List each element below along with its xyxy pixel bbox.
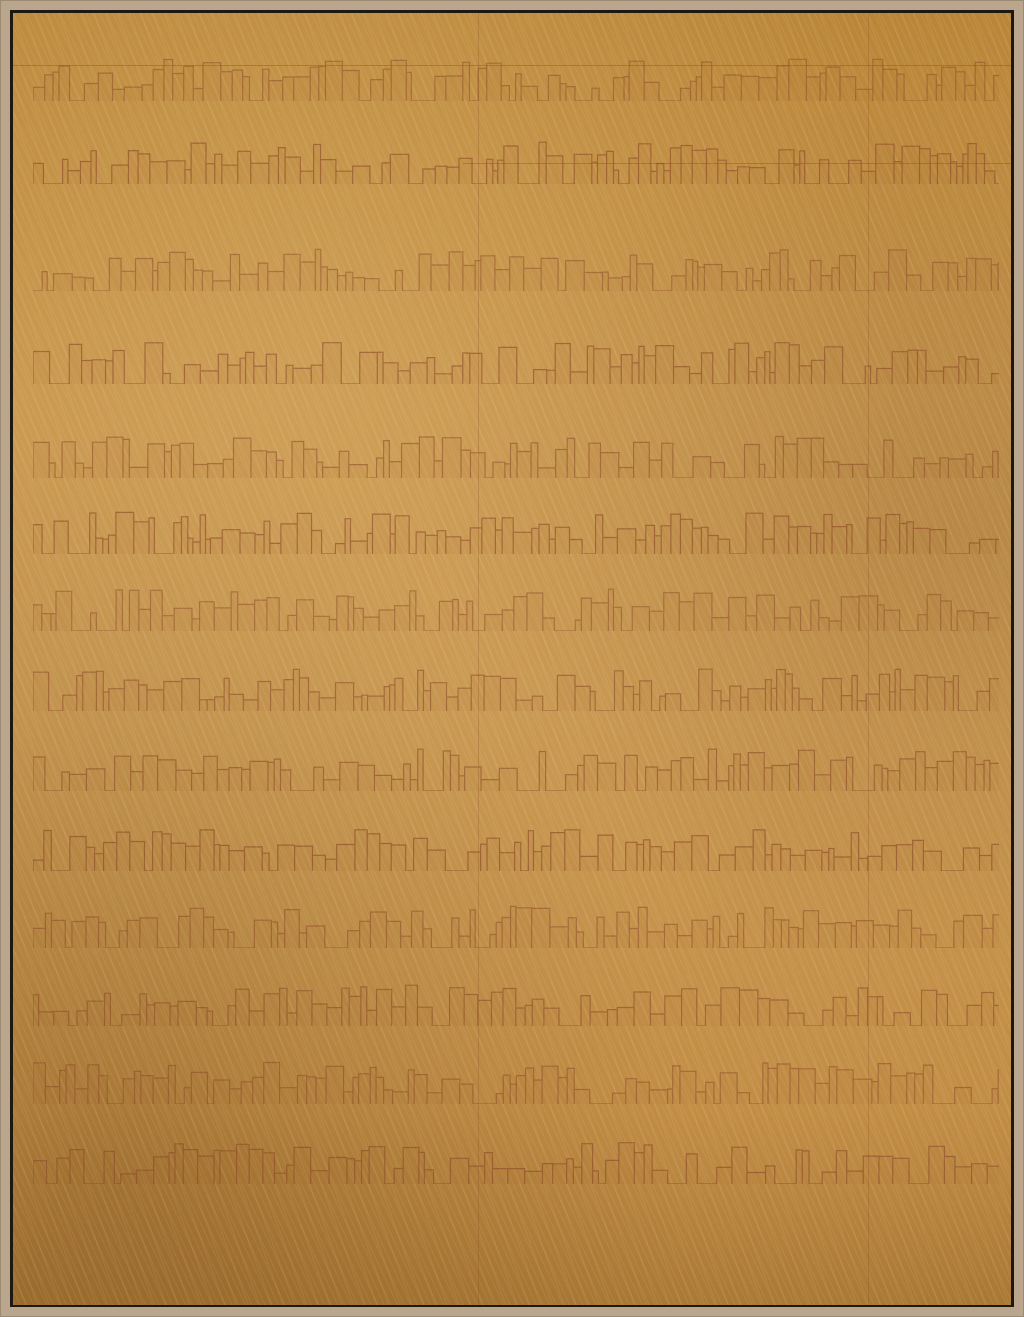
skyline-row (33, 585, 999, 631)
skyline-row (33, 508, 999, 554)
skyline-row (33, 245, 999, 291)
skyline-row (33, 1138, 999, 1184)
skyline-row (33, 138, 999, 184)
skyline-row (33, 825, 999, 871)
brush-streaks (13, 13, 1011, 1305)
skyline-row (33, 665, 999, 711)
skyline-row (33, 1058, 999, 1104)
grid-line (868, 13, 869, 1305)
grid-line (478, 13, 479, 1305)
painting-canvas (13, 13, 1011, 1305)
skyline-row (33, 55, 999, 101)
skyline-row (33, 980, 999, 1026)
picture-frame (0, 0, 1024, 1317)
skyline-row (33, 745, 999, 791)
skyline-row (33, 338, 999, 384)
skyline-row (33, 432, 999, 478)
skyline-row (33, 902, 999, 948)
